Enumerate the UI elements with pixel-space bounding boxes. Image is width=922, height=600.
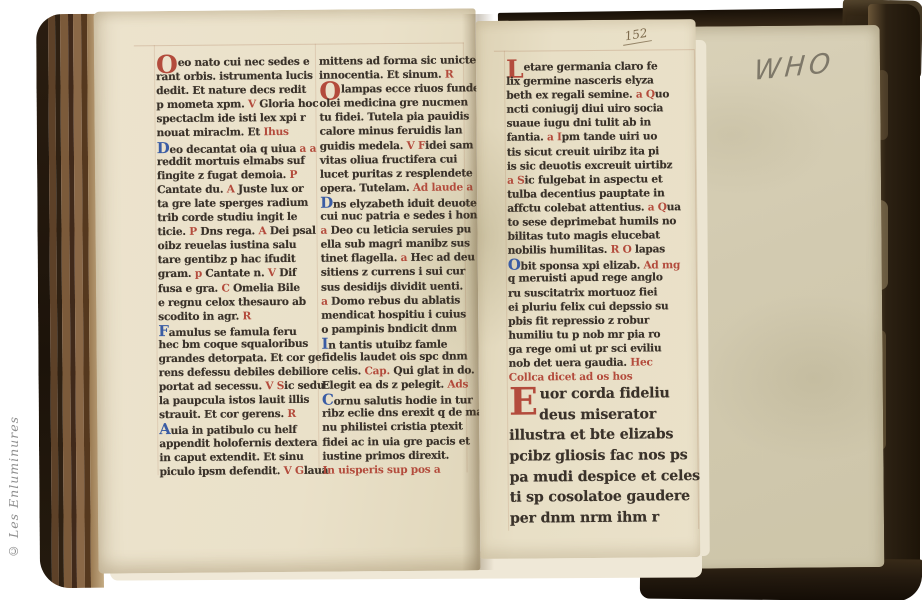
text-segment: p mometa xpm. — [156, 99, 248, 112]
manuscript-photo: © Les Enluminures WHO Oeo nato cui nec s… — [0, 0, 922, 600]
text-segment: a — [400, 252, 410, 264]
manuscript-line: Deo decantat oia q uiua a a — [157, 139, 317, 154]
text-segment: illustra et bte elizabs — [509, 427, 673, 444]
text-segment: piculo ipsm defendit. — [160, 465, 284, 478]
manuscript-line: mendicat hospitiu i cuius — [321, 307, 466, 322]
text-segment: e regnu celox thesauro ab — [158, 295, 306, 308]
manuscript-line: sitiens z currens i sui cur — [321, 265, 466, 280]
text-segment: lucet puritas z resplendete — [320, 167, 473, 180]
manuscript-line: illustra et bte elizabs — [509, 424, 697, 446]
text-segment: fusa e gra. — [158, 282, 222, 295]
manuscript-line: sus desidijs dividit uenti. — [321, 279, 466, 294]
manuscript-line: beth ex regali semine. a Quo — [506, 87, 694, 103]
manuscript-line: is sic deuotis excreuit uirtibz — [507, 158, 695, 174]
text-segment: dedit. Et nature decs redit — [156, 84, 306, 97]
manuscript-line: Famulus se famula feru — [158, 323, 318, 338]
text-segment: portat ad secessu. — [159, 380, 266, 393]
text-segment: per dnm nrm ihm r — [510, 509, 659, 526]
text-segment: a a — [299, 142, 316, 154]
text-column-left-1: Oeo nato cui nec sedes erant orbis. istr… — [156, 55, 320, 479]
manuscript-line: Oeo nato cui nec sedes e — [156, 55, 316, 70]
text-segment: ei pluriu felix cui depssio su — [508, 300, 668, 313]
text-segment: appendit holofernis dextera — [159, 436, 317, 449]
text-segment: fingite z fugat demoia. — [157, 169, 290, 182]
text-segment: ella sub magri manibz sus — [321, 238, 470, 251]
text-segment: olei medicina gre nucmen — [319, 97, 468, 110]
text-segment: tinet flagella. — [321, 252, 401, 265]
text-segment: o pampinis bndicit dnm — [321, 322, 457, 335]
text-segment: sitiens z currens i sui cur — [321, 266, 465, 279]
text-segment: Deo cu leticia seruies pu — [330, 224, 471, 237]
text-segment: grandes detorpata. Et cor ge — [159, 352, 322, 365]
text-segment: ga rege omi ut pr sci eviliu — [508, 342, 661, 355]
text-segment: uor corda fideliu — [540, 385, 670, 402]
manuscript-line: dedit. Et nature decs redit — [156, 83, 316, 98]
manuscript-line: spectaclm ide isti lex xpi r — [156, 111, 316, 126]
text-segment: tulba decentius pauptate in — [507, 187, 664, 200]
text-segment: Ihus — [263, 126, 288, 138]
text-segment: vitas oliua fructifera cui — [320, 153, 457, 166]
text-segment: a Q — [636, 89, 655, 101]
manuscript-line: tare gentibz p hac ifudit — [158, 252, 318, 267]
text-segment: mendicat hospitiu i cuius — [321, 308, 466, 321]
manuscript-line: Olampas ecce riuos fundes — [319, 82, 464, 97]
manuscript-line: scodito in agr. R — [158, 308, 318, 323]
text-segment: ua — [667, 201, 681, 213]
manuscript-line: to sese deprimebat humils no — [507, 214, 695, 230]
text-segment: bilitas tuto magis elucebat — [507, 229, 659, 242]
manuscript-line: rens defessu debiles debilior — [159, 365, 319, 380]
text-segment: V — [248, 99, 256, 111]
text-segment: A — [258, 225, 266, 237]
right-manuscript-page: 152 Letare germania claro felix germine … — [476, 19, 701, 559]
text-segment: R O — [611, 244, 632, 256]
manuscript-line: per dnm nrm ihm r — [510, 507, 698, 529]
text-segment: in caput extendit. Et sinu — [159, 450, 303, 463]
manuscript-line: hec bm coque squaloribus — [158, 337, 318, 352]
text-segment: P — [289, 169, 297, 181]
manuscript-line: mittens ad forma sic unicte — [319, 53, 464, 68]
ruling-line — [134, 42, 464, 46]
text-segment: Dei psal — [266, 225, 315, 237]
text-segment: calore minus feruidis lan — [320, 125, 463, 138]
text-segment: pm tande uiri uo — [562, 131, 657, 144]
left-manuscript-page: Oeo nato cui nec sedes erant orbis. istr… — [94, 8, 481, 573]
manuscript-line: innocentia. Et sinum. R — [319, 68, 464, 83]
manuscript-line: portat ad secessu. V Sic sedu — [159, 379, 319, 394]
text-column-right: Letare germania claro felix germine nasc… — [506, 59, 698, 529]
text-segment: reddit mortuis elmabs suf — [157, 154, 305, 167]
text-segment: a I — [547, 132, 562, 144]
text-segment: Juste lux or — [235, 183, 304, 196]
manuscript-line: la paupcula istos lauit illis — [159, 393, 319, 408]
text-segment: ic fulgebat in aspectu et — [524, 173, 662, 186]
text-segment: Cantate n. — [202, 268, 268, 281]
manuscript-line: ti sp cosolatoe gaudere — [510, 486, 698, 508]
text-segment: pcibz gliosis fac nos ps — [509, 447, 687, 465]
manuscript-line: cui nuc patria e sedes i honoe — [320, 208, 465, 223]
text-segment: Gloria hoc — [256, 98, 319, 111]
text-segment: Omelia Bile — [233, 281, 300, 294]
text-segment: V G — [284, 465, 304, 477]
text-segment: deus miserator — [539, 406, 656, 423]
text-segment: ru suscitatrix mortuoz fiei — [508, 286, 657, 299]
manuscript-line: opera. Tutelam. Ad laude a — [320, 180, 465, 195]
text-segment: mittens ad forma sic unicte — [319, 54, 476, 67]
text-segment: tis sicut creuit uiribz ita pi — [507, 145, 659, 158]
manuscript-line: Elegit ea ds z pelegit. Ads — [322, 378, 467, 393]
manuscript-line: grandes detorpata. Et cor ge — [159, 351, 319, 366]
text-segment: a — [321, 295, 331, 307]
manuscript-line: tinet flagella. a Hec ad deu — [321, 251, 466, 266]
manuscript-line: vitas oliua fructifera cui — [320, 152, 465, 167]
text-segment: rant orbis. istrumenta lucis — [156, 70, 313, 83]
pencil-inscription: WHO — [753, 48, 835, 87]
text-segment: etare germania claro fe — [524, 60, 658, 73]
text-segment: guidis medela. — [320, 140, 407, 153]
text-segment: scodito in agr. — [158, 310, 242, 323]
manuscript-line: appendit holofernis dextera — [159, 435, 319, 450]
text-segment: q meruisti apud rege anglo — [508, 272, 663, 285]
manuscript-line: ribz eclie dns erexit q de ma — [322, 406, 467, 421]
manuscript-line: ta gre late sperges radium — [157, 196, 317, 211]
text-segment: fantia. — [507, 132, 547, 144]
manuscript-line: fingite z fugat demoia. P — [157, 167, 317, 182]
text-column-left-2: mittens ad forma sic unicteinnocentia. E… — [319, 53, 468, 477]
manuscript-line: a Domo rebus du ablatis — [321, 293, 466, 308]
text-segment: oibz reuelas iustina salu — [158, 239, 297, 252]
text-segment: la paupcula istos lauit illis — [159, 394, 309, 407]
text-segment: rens defessu debiles debilior — [159, 366, 323, 379]
text-segment: pa mudi despice et celes — [510, 468, 700, 486]
manuscript-line: nu philistei cristia ptexit — [322, 420, 467, 435]
text-segment: pbis fit repressio z robur — [508, 314, 649, 327]
text-segment: trib corde studiu ingit le — [157, 211, 297, 224]
text-segment: fidelis laudet ois spc dnm — [322, 350, 468, 363]
text-segment: A — [227, 183, 235, 195]
text-segment: V — [268, 268, 276, 280]
text-segment: nouat miraclm. Et — [157, 127, 264, 140]
text-segment: lix germine nasceris elyza — [506, 75, 654, 88]
text-segment: a — [320, 225, 330, 237]
text-segment: fidei ac in uia gre pacis et — [322, 435, 470, 448]
text-segment: tare gentibz p hac ifudit — [158, 253, 296, 266]
manuscript-line: a Deo cu leticia seruies pu — [320, 223, 465, 238]
manuscript-line: trib corde studiu ingit le — [157, 210, 317, 225]
text-segment: opera. Tutelam. — [320, 182, 413, 195]
manuscript-line: rant orbis. istrumenta lucis — [156, 69, 316, 84]
manuscript-line: In tantis utuibz famle — [321, 335, 466, 350]
text-segment: a Q — [648, 201, 667, 213]
manuscript-line: reddit mortuis elmabs suf — [157, 153, 317, 168]
manuscript-line: Auia in patibulo cu helf — [159, 421, 319, 436]
manuscript-line: piculo ipsm defendit. V Glaua — [160, 463, 320, 478]
text-segment: to sese deprimebat humils no — [507, 215, 676, 228]
manuscript-line: fidei ac in uia gre pacis et — [322, 434, 467, 449]
text-segment: ti sp cosolatoe gaudere — [510, 488, 690, 506]
text-segment: Elegit ea ds z pelegit. — [322, 379, 448, 392]
manuscript-line: strauit. Et cor gerens. R — [159, 407, 319, 422]
manuscript-line: oibz reuelas iustina salu — [158, 238, 318, 253]
text-segment: strauit. Et cor gerens. — [159, 408, 287, 421]
manuscript-line: olei medicina gre nucmen — [319, 96, 464, 111]
manuscript-line: nouat miraclm. Et Ihus — [157, 125, 317, 140]
text-segment: Domo rebus du ablatis — [331, 294, 460, 307]
manuscript-line: e celis. Cap. Qui glat in do. — [322, 363, 467, 378]
manuscript-line: ei pluriu felix cui depssio su — [508, 299, 696, 315]
manuscript-line: p mometa xpm. V Gloria hoc — [156, 97, 316, 112]
text-segment: spectaclm ide isti lex xpi r — [156, 112, 305, 125]
text-segment: V F — [407, 139, 426, 151]
manuscript-line: pcibz gliosis fac nos ps — [509, 445, 697, 467]
manuscript-line: fusa e gra. C Omelia Bile — [158, 280, 318, 295]
text-segment: humiliu tu p nob mr pia ro — [508, 328, 660, 341]
folio-number: 152 — [621, 25, 652, 46]
ruling-line — [494, 49, 694, 52]
manuscript-line: guidis medela. V Fidei sam — [320, 138, 465, 153]
manuscript-line: in caput extendit. Et sinu — [159, 449, 319, 464]
manuscript-line: tu fidei. Tutela pia pauidis — [319, 110, 464, 125]
text-segment: In uisperis sup pos a — [323, 463, 441, 476]
manuscript-line: Euor corda fideliu — [509, 383, 697, 405]
manuscript-line: Obit sponsa xpi elizab. Ad mg — [508, 256, 696, 272]
manuscript-line: o pampinis bndicit dnm — [321, 321, 466, 336]
manuscript-line: ella sub magri manibz sus — [321, 237, 466, 252]
text-segment: Hec — [630, 356, 653, 368]
text-segment: ta gre late sperges radium — [157, 197, 308, 210]
text-segment: gram. — [158, 268, 195, 280]
text-segment: C — [221, 282, 233, 294]
text-segment: ticie. — [157, 226, 189, 238]
text-segment: R — [287, 408, 296, 420]
manuscript-line: deus miserator — [539, 404, 697, 426]
manuscript-line: ticie. P Dns rega. A Dei psal — [157, 224, 317, 239]
text-segment: lapas — [632, 244, 665, 256]
text-segment: R — [242, 310, 251, 322]
text-segment: A — [159, 420, 171, 438]
text-segment: affctu colebat attentius. — [507, 201, 648, 214]
manuscript-line: lucet puritas z resplendete — [320, 166, 465, 181]
text-segment: beth ex regali semine. — [506, 89, 636, 102]
text-segment: R — [445, 69, 454, 81]
text-segment: uo — [655, 88, 669, 100]
text-segment: E — [509, 379, 538, 424]
text-segment: ic sedu — [284, 380, 324, 392]
text-segment: ncti coniugij diui uiro socia — [506, 103, 663, 116]
text-segment: sus desidijs dividit uenti. — [321, 280, 463, 293]
text-segment: is sic deuotis excreuit uirtibz — [507, 159, 672, 172]
text-segment: ribz eclie dns erexit q de ma — [322, 407, 483, 420]
manuscript-line: In uisperis sup pos a — [323, 462, 468, 477]
text-segment: Cap. — [364, 365, 390, 377]
manuscript-line: gram. p Cantate n. V Dif — [158, 266, 318, 281]
text-segment: V S — [265, 380, 284, 392]
text-segment: nu philistei cristia ptexit — [322, 421, 463, 434]
manuscript-line: Cantate du. A Juste lux or — [157, 182, 317, 197]
manuscript-line: e regnu celox thesauro ab — [158, 294, 318, 309]
text-segment: iustine primos direxit. — [322, 449, 449, 462]
manuscript-line: iustine primos direxit. — [322, 448, 467, 463]
manuscript-line: pa mudi despice et celes — [510, 466, 698, 488]
text-segment: e celis. — [322, 365, 365, 377]
text-segment: hec bm coque squaloribus — [158, 338, 308, 351]
text-segment: Dif — [276, 267, 297, 279]
text-segment: suaue iugu dni tulit ab in — [507, 117, 652, 130]
manuscript-line: Cornu salutis hodie in tur — [322, 392, 467, 407]
text-segment: nob det uera gaudia. — [509, 357, 631, 370]
manuscript-line: Dns elyzabeth iduit deuote — [320, 194, 465, 209]
text-segment: D — [157, 139, 170, 157]
text-segment: a S — [507, 174, 525, 186]
manuscript-line: calore minus feruidis lan — [320, 124, 465, 139]
text-segment: Cantate du. — [157, 183, 227, 196]
manuscript-line: fidelis laudet ois spc dnm — [322, 349, 467, 364]
text-segment: nobilis humilitas. — [508, 244, 611, 257]
text-segment: eo nato cui nec sedes e — [178, 56, 310, 69]
text-segment: Dns rega. — [197, 225, 259, 238]
text-segment: tu fidei. Tutela pia pauidis — [319, 111, 469, 124]
watermark: © Les Enluminures — [6, 384, 28, 559]
